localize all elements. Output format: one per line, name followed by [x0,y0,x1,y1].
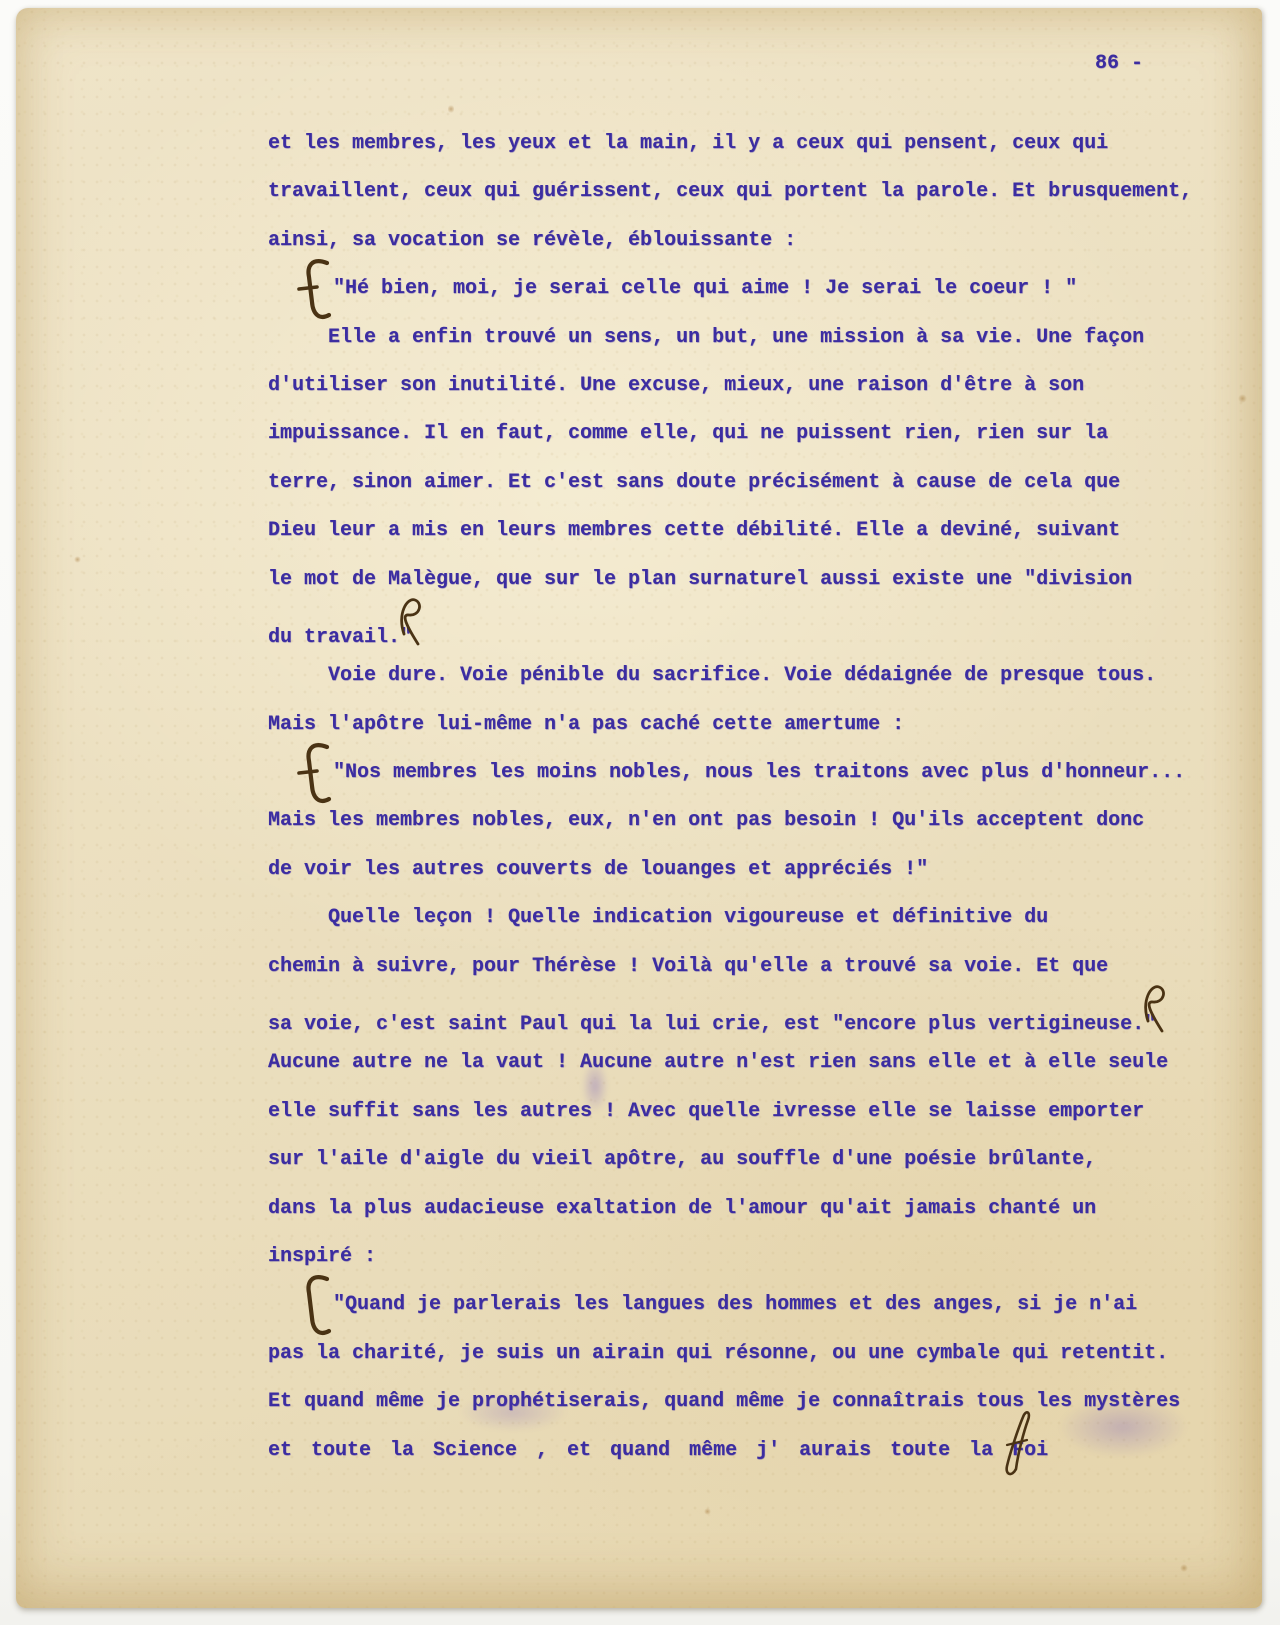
text-line-content: Elle a enfin trouvé un sens, un but, une… [328,326,1144,349]
text-line-content: "Nos membres les moins nobles, nous les … [333,761,1185,784]
text-line: inspiré : [268,1233,1246,1281]
text-line: ainsi, sa vocation se révèle, éblouissan… [268,217,1246,265]
handwritten-bracket-mark [298,1272,330,1338]
corrected-word: Foi [1012,1427,1048,1475]
handwritten-bracket-mark [298,740,330,806]
text-line: Mais l'apôtre lui-même n'a pas caché cet… [268,701,1246,749]
text-line-content: terre, sinon aimer. Et c'est sans doute … [268,471,1120,494]
text-line-content: sa voie, c'est saint Paul qui la lui cri… [268,1013,1172,1036]
text-line: Aucune autre ne la vaut ! Aucune autre n… [268,1039,1246,1087]
text-line-content: elle suffit sans les autres ! Avec quell… [268,1100,1144,1123]
text-line: terre, sinon aimer. Et c'est sans doute … [268,459,1246,507]
typescript-page: 86 - et les membres, les yeux et la main… [16,8,1262,1608]
text-line-content: sur l'aile d'aigle du vieil apôtre, au s… [268,1148,1096,1171]
foxing-spot [1180,1564,1188,1572]
text-line: et toute la Science , et quand même j' a… [268,1427,1246,1475]
handwritten-squiggle-mark [394,592,428,646]
text-line-content: "Quand je parlerais les langues des homm… [333,1293,1137,1316]
text-line-content: d'utiliser son inutilité. Une excuse, mi… [268,374,1084,397]
text-line-content: "Hé bien, moi, je serai celle qui aime !… [333,277,1077,300]
text-line-content: travaillent, ceux qui guérissent, ceux q… [268,180,1192,203]
foxing-spot [448,104,454,114]
text-line: de voir les autres couverts de louanges … [268,846,1246,894]
text-line: "Hé bien, moi, je serai celle qui aime !… [268,265,1246,313]
text-line-content: et toute la Science , et quand même j' a… [268,1439,1048,1462]
text-line-content: Mais l'apôtre lui-même n'a pas caché cet… [268,713,904,736]
text-line: travaillent, ceux qui guérissent, ceux q… [268,168,1246,216]
handwritten-squiggle-mark [1138,979,1172,1033]
text-line-content: Aucune autre ne la vaut ! Aucune autre n… [268,1051,1168,1074]
text-line-content: et les membres, les yeux et la main, il … [268,132,1108,155]
text-line: impuissance. Il en faut, comme elle, qui… [268,410,1246,458]
text-line-content: dans la plus audacieuse exaltation de l'… [268,1197,1096,1220]
text-line: pas la charité, je suis un airain qui ré… [268,1330,1246,1378]
text-line-content: inspiré : [268,1245,376,1268]
text-line-content: le mot de Malègue, que sur le plan surna… [268,568,1132,591]
text-line: Elle a enfin trouvé un sens, un but, une… [268,314,1246,362]
page-number: 86 - [1095,52,1143,75]
text-line: Mais les membres nobles, eux, n'en ont p… [268,797,1246,845]
text-line-content: pas la charité, je suis un airain qui ré… [268,1342,1168,1365]
text-line: Et quand même je prophétiserais, quand m… [268,1378,1246,1426]
handwritten-f-correction [1003,1407,1031,1477]
text-line-content: ainsi, sa vocation se révèle, éblouissan… [268,229,796,252]
text-line-content: Mais les membres nobles, eux, n'en ont p… [268,809,1144,832]
text-line-content: du travail." [268,626,428,649]
text-line: sur l'aile d'aigle du vieil apôtre, au s… [268,1136,1246,1184]
text-line-content: Et quand même je prophétiserais, quand m… [268,1390,1180,1413]
typewritten-text-block: et les membres, les yeux et la main, il … [268,120,1246,1475]
foxing-spot [704,1508,711,1515]
text-line: et les membres, les yeux et la main, il … [268,120,1246,168]
text-line: chemin à suivre, pour Thérèse ! Voilà qu… [268,943,1246,991]
text-line: d'utiliser son inutilité. Une excuse, mi… [268,362,1246,410]
text-line: "Quand je parlerais les langues des homm… [268,1281,1246,1329]
text-line-content: de voir les autres couverts de louanges … [268,858,928,881]
text-line: sa voie, c'est saint Paul qui la lui cri… [268,991,1246,1039]
text-line-content: Dieu leur a mis en leurs membres cette d… [268,519,1120,542]
handwritten-bracket-mark [298,256,330,322]
text-line-content: impuissance. Il en faut, comme elle, qui… [268,422,1108,445]
text-line: Quelle leçon ! Quelle indication vigoure… [268,894,1246,942]
foxing-spot [74,556,81,563]
text-line-content: Voie dure. Voie pénible du sacrifice. Vo… [328,664,1156,687]
text-line-content: chemin à suivre, pour Thérèse ! Voilà qu… [268,955,1108,978]
text-line-content: Quelle leçon ! Quelle indication vigoure… [328,906,1048,929]
text-line: Dieu leur a mis en leurs membres cette d… [268,507,1246,555]
text-line: Voie dure. Voie pénible du sacrifice. Vo… [268,652,1246,700]
text-line: "Nos membres les moins nobles, nous les … [268,749,1246,797]
text-line: du travail." [268,604,1246,652]
text-line: elle suffit sans les autres ! Avec quell… [268,1088,1246,1136]
text-line: dans la plus audacieuse exaltation de l'… [268,1185,1246,1233]
